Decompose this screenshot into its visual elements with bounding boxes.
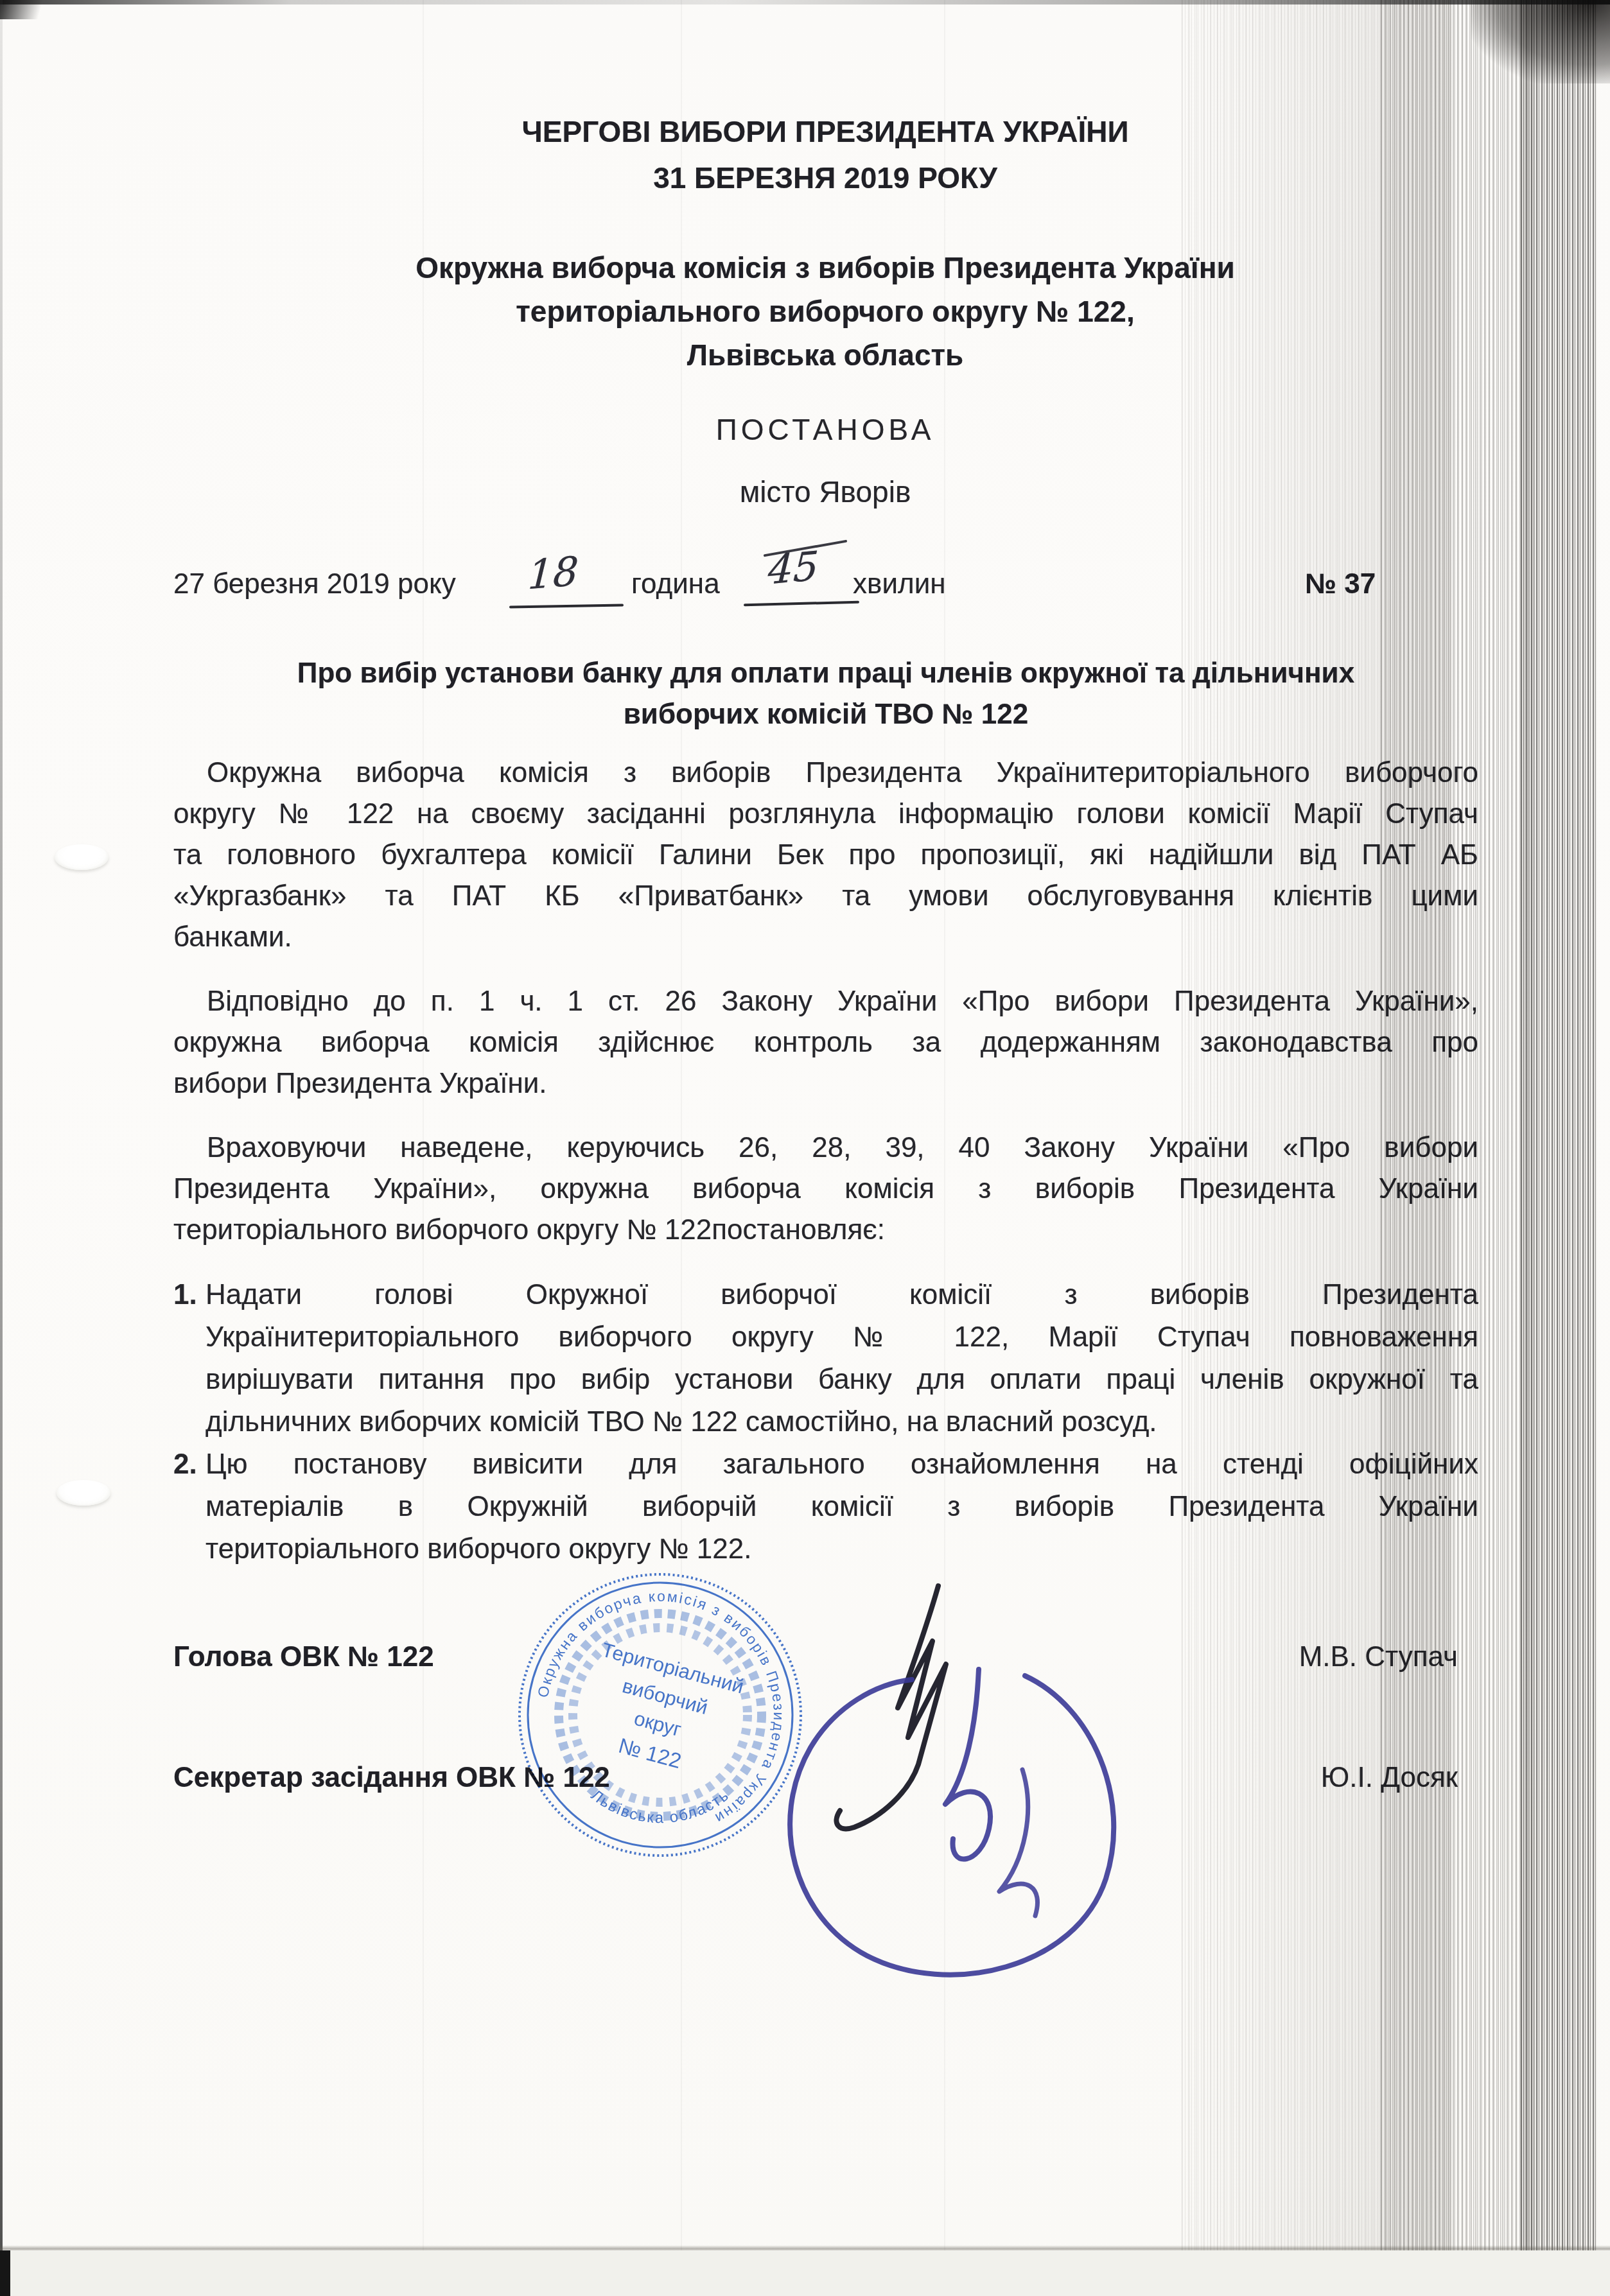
round-seal-stamp: Окружна виборча комісія з виборів Презид… — [516, 1570, 805, 1859]
handwritten-hour: 18 — [527, 547, 579, 598]
scan-top-left-mark — [0, 0, 61, 19]
scanner-background-strip — [0, 2250, 1610, 2296]
scan-streak-1 — [423, 0, 424, 2250]
scan-top-edge — [0, 0, 1610, 4]
scan-noise-band-medium — [1381, 0, 1535, 2250]
scan-noise-band-dark — [1521, 0, 1597, 2250]
item-marker: 2. — [173, 1443, 206, 1486]
scan-left-edge — [0, 0, 3, 2250]
item-marker: 1. — [173, 1274, 206, 1316]
chairman-role: Голова ОВК № 122 — [173, 1641, 434, 1673]
hole-punch-top — [55, 844, 109, 870]
stamp-center-line-3: округ — [632, 1707, 684, 1741]
scanned-document-page: ЧЕРГОВІ ВИБОРИ ПРЕЗИДЕНТА УКРАЇНИ 31 БЕР… — [0, 0, 1610, 2296]
scan-streak-2 — [681, 0, 682, 2250]
scan-streak-3 — [944, 0, 945, 2250]
hole-punch-bottom — [57, 1480, 110, 1506]
handwritten-minute: 45 — [767, 542, 819, 593]
scan-bottom-left-mark — [0, 2250, 10, 2296]
meta-date: 27 березня 2019 року — [173, 569, 456, 600]
scan-noise-top-right-corner — [1471, 0, 1610, 83]
hour-label: година — [631, 569, 720, 600]
minute-label: хвилин — [853, 569, 946, 600]
